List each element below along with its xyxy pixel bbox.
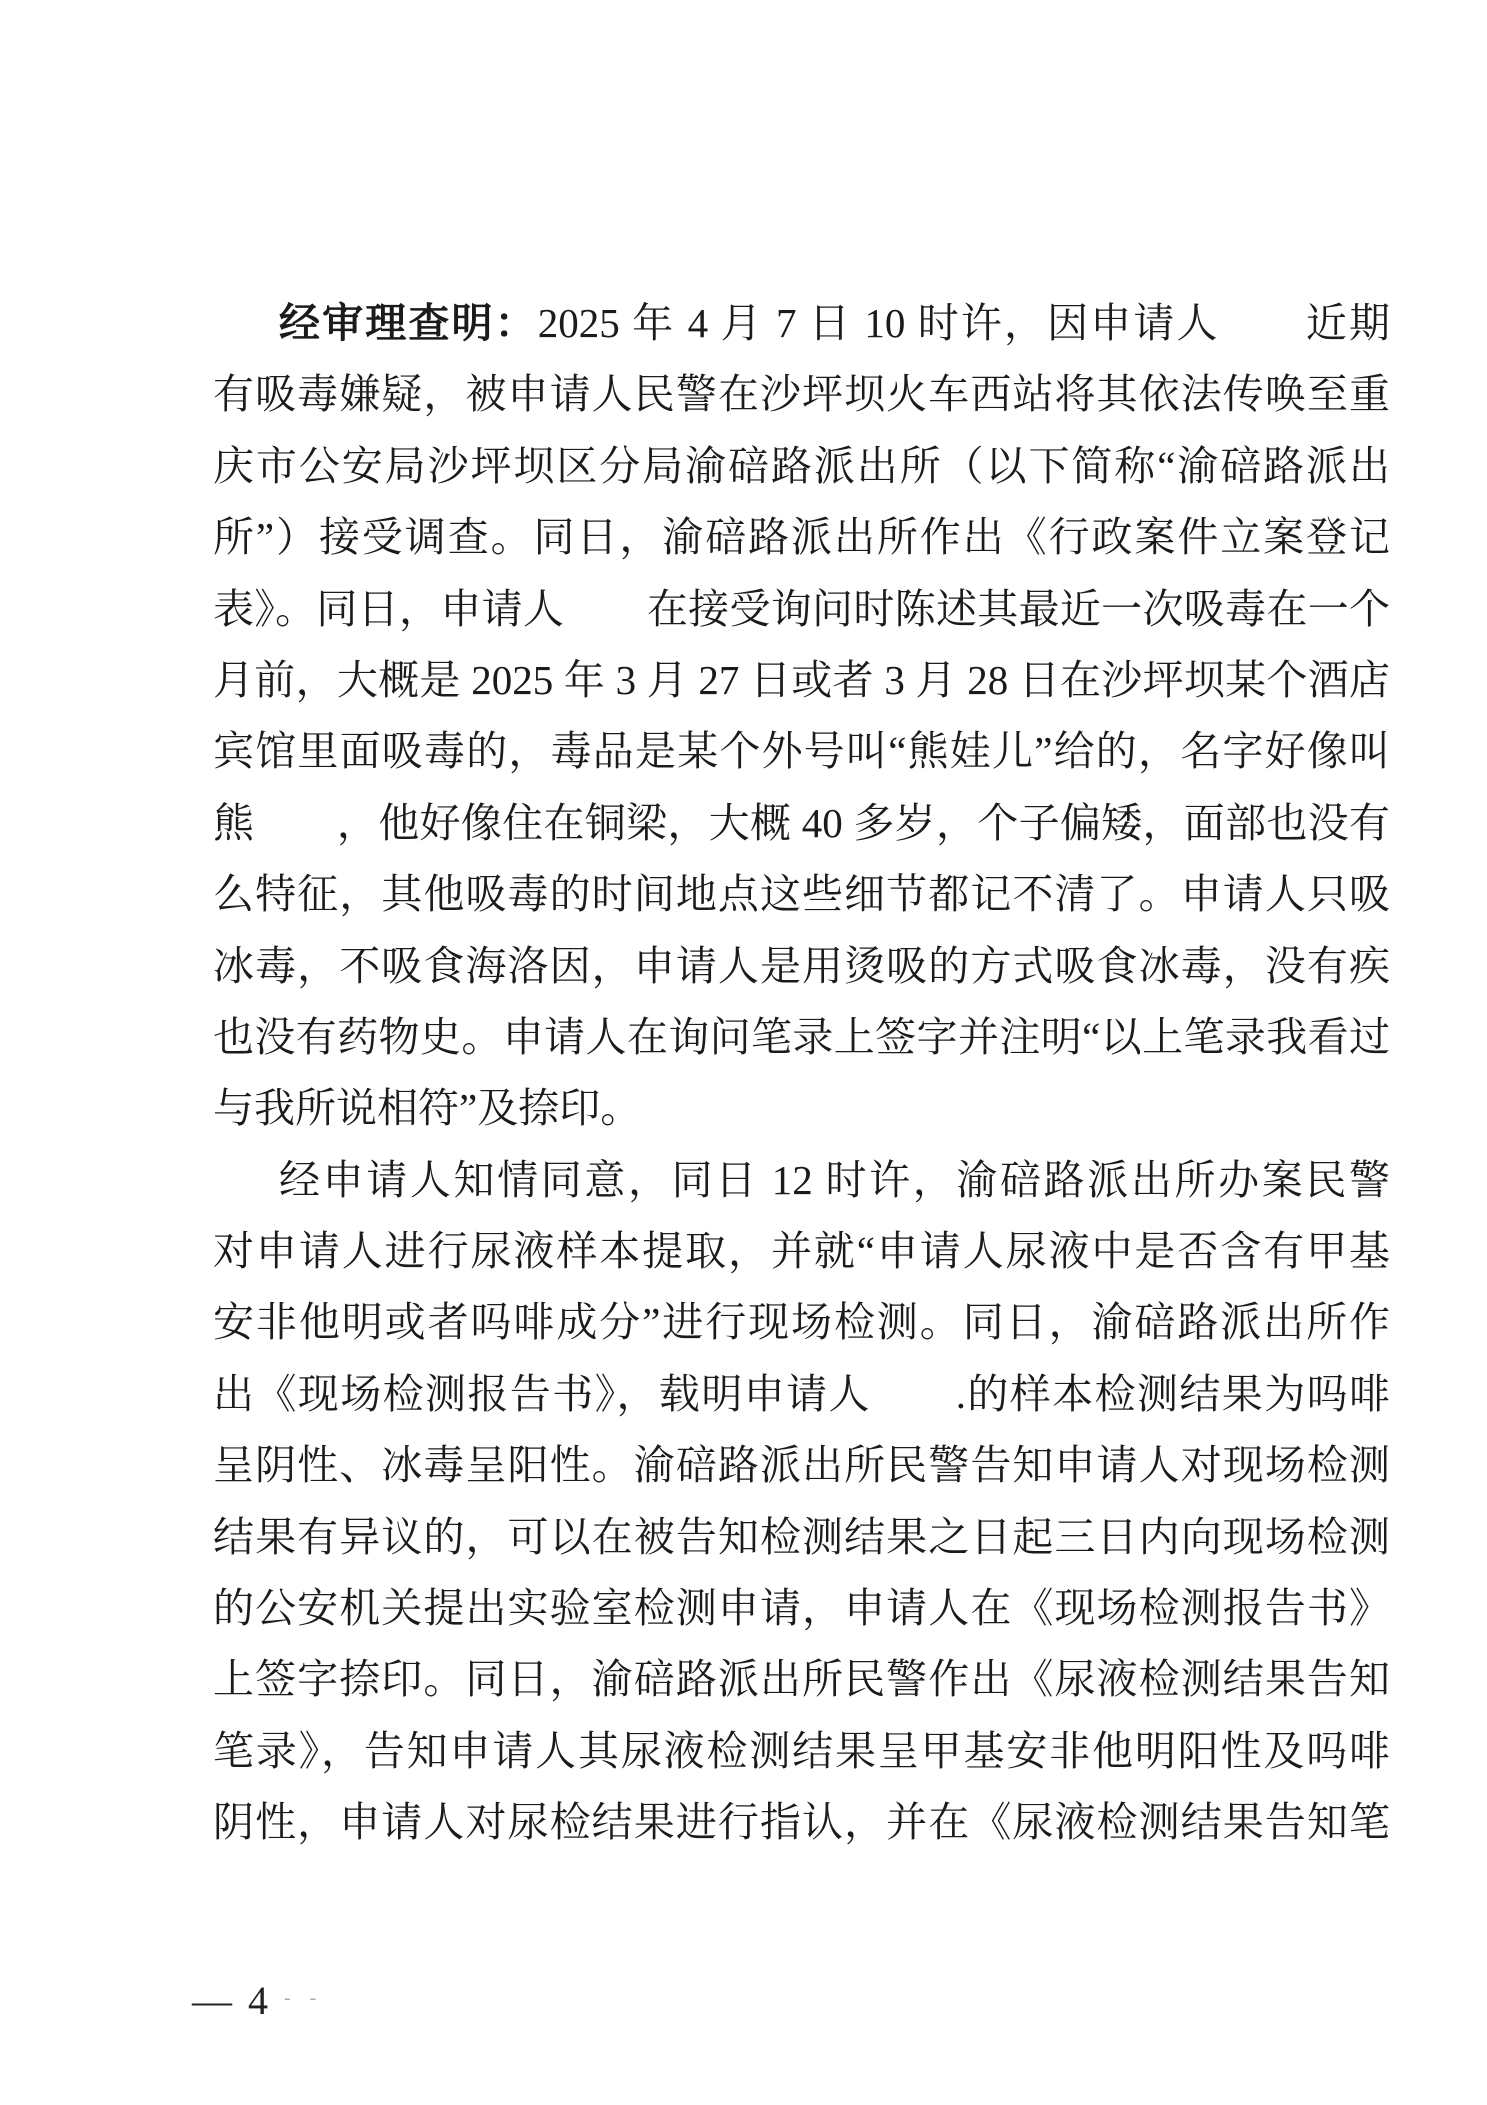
text-line: 宾馆里面吸毒的，毒品是某个外号叫“熊娃儿”给的，名字好像叫 <box>213 716 1390 787</box>
text-line: 出《现场检测报告书》，载明申请人 .的样本检测结果为吗啡 <box>213 1359 1390 1430</box>
footer-dash-left: — <box>192 1978 232 2024</box>
text-line: 笔录》，告知申请人其尿液检测结果呈甲基安非他明阳性及吗啡 <box>213 1716 1390 1787</box>
document-page: 经审理查明：2025 年 4 月 7 日 10 时许，因申请人 近期 有吸毒嫌疑… <box>0 0 1487 2105</box>
text-line: 经申请人知情同意，同日 12 时许，渝碚路派出所办案民警 <box>213 1145 1390 1216</box>
text-line: 呈阴性、冰毒呈阳性。渝碚路派出所民警告知申请人对现场检测 <box>213 1430 1390 1501</box>
text-line: 也没有药物史。申请人在询问笔录上签字并注明“以上笔录我看过 <box>213 1002 1390 1073</box>
text-line: 庆市公安局沙坪坝区分局渝碚路派出所（以下简称“渝碚路派出 <box>213 431 1390 502</box>
text-line: 冰毒，不吸食海洛因，申请人是用烫吸的方式吸食冰毒，没有疾病， <box>213 931 1390 1002</box>
text-line: 么特征，其他吸毒的时间地点这些细节都记不清了。申请人只吸食 <box>213 859 1390 930</box>
document-body: 经审理查明：2025 年 4 月 7 日 10 时许，因申请人 近期 有吸毒嫌疑… <box>213 288 1390 1859</box>
footer-dash-right: - - <box>284 1975 323 2021</box>
paragraph-lead-bold: 经审理查明： <box>279 300 538 346</box>
text-line: 经审理查明：2025 年 4 月 7 日 10 时许，因申请人 近期 <box>213 288 1390 359</box>
text-line: 与我所说相符”及捺印。 <box>213 1073 1390 1144</box>
text-line: 熊 ，他好像住在铜梁，大概 40 多岁，个子偏矮，面部也没有什 <box>213 788 1390 859</box>
page-footer: — 4 - - <box>192 1978 323 2024</box>
text-line: 的公安机关提出实验室检测申请，申请人在《现场检测报告书》 <box>213 1573 1390 1644</box>
text-line: 月前，大概是 2025 年 3 月 27 日或者 3 月 28 日在沙坪坝某个酒… <box>213 645 1390 716</box>
text-line: 安非他明或者吗啡成分”进行现场检测。同日，渝碚路派出所作 <box>213 1287 1390 1358</box>
text-line: 对申请人进行尿液样本提取，并就“申请人尿液中是否含有甲基 <box>213 1216 1390 1287</box>
text-line: 所”）接受调查。同日，渝碚路派出所作出《行政案件立案登记 <box>213 502 1390 573</box>
text-line: 上签字捺印。同日，渝碚路派出所民警作出《尿液检测结果告知 <box>213 1644 1390 1715</box>
text-line: 表》。同日，申请人 在接受询问时陈述其最近一次吸毒在一个 <box>213 574 1390 645</box>
page-number: 4 <box>248 1978 268 2024</box>
text-line: 阴性，申请人对尿检结果进行指认，并在《尿液检测结果告知笔 <box>213 1787 1390 1858</box>
text-line: 结果有异议的，可以在被告知检测结果之日起三日内向现场检测 <box>213 1502 1390 1573</box>
text-line: 有吸毒嫌疑，被申请人民警在沙坪坝火车西站将其依法传唤至重 <box>213 359 1390 430</box>
line-text: 2025 年 4 月 7 日 10 时许，因申请人 近期 <box>538 300 1390 346</box>
